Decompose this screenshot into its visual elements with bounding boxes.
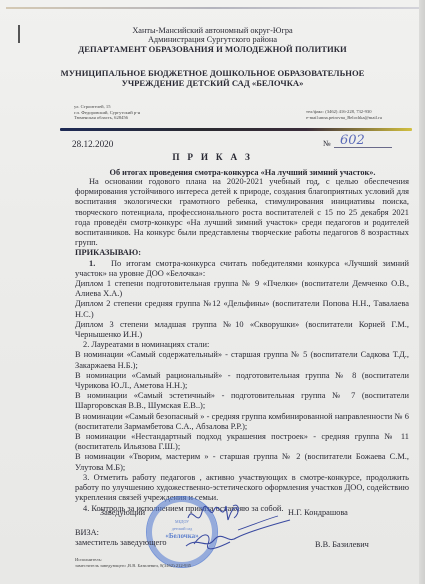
document-type-title: П Р И К А З (0, 152, 425, 162)
nomination-item: В номинации «Нестандартный подход украше… (75, 432, 409, 452)
order-item-2: 2. Лауреатами в номинациях стали: (75, 340, 409, 350)
nomination-item: В номинации «Самый содержательный» - ста… (75, 350, 409, 370)
scanned-document-page: Ханты-Мансийский автономный округ-Югра А… (0, 0, 425, 584)
contact-email: e-mail:anna.petrovna_Belochka@mail.ru (306, 115, 382, 121)
executor-info: заместитель заведующего ,В.В. Базилевич,… (75, 563, 191, 569)
visa-label: ВИЗА: (75, 528, 99, 537)
order-word: ПРИКАЗЫВАЮ: (75, 248, 409, 258)
document-body: На основании годового плана на 2020-2021… (75, 177, 409, 514)
document-date: 28.12.2020 (72, 139, 113, 149)
nomination-item: В номинации «Самый безопасный » - средня… (75, 412, 409, 432)
document-number-handwritten: 602 (334, 134, 392, 148)
diploma-item: Диплом 2 степени средняя группа №12 «Дел… (75, 299, 409, 319)
nomination-item: В номинации «Самый рациональный» - подго… (75, 371, 409, 391)
nomination-item: В номинации «Творим, мастерим » - старша… (75, 452, 409, 472)
letterhead-divider (60, 128, 412, 131)
document-subject: Об итогах проведения смотра-конкурса «На… (60, 168, 425, 177)
header-department: ДЕПАРТАМЕНТ ОБРАЗОВАНИЯ И МОЛОДЕЖНОЙ ПОЛ… (0, 45, 425, 54)
scan-edge-line (6, 7, 419, 9)
head-role: Заведующий (100, 508, 145, 517)
document-number-label: № (323, 139, 331, 148)
contact-block: тел/факс: (3462) 416-228, 732-930 e-mail… (306, 109, 382, 120)
intro-paragraph: На основании годового плана на 2020-2021… (75, 177, 409, 248)
nomination-item: В номинации «Самый эстетичный» - подгото… (75, 391, 409, 411)
handwritten-signatures (178, 500, 298, 560)
order-item-3: 3. Отметить работу педагогов , активно у… (75, 473, 409, 504)
contact-phone: тел/факс: (3462) 416-228, 732-930 (306, 109, 382, 115)
org-name-line2: УЧРЕЖДЕНИЕ ДЕТСКИЙ САД «БЕЛОЧКА» (0, 79, 425, 88)
deputy-role: заместитель заведующего (75, 538, 167, 547)
executor-block: Исполнитель: заместитель заведующего ,В.… (75, 557, 191, 568)
head-name: Н.Г. Кондрашова (288, 508, 348, 517)
org-name-line1: МУНИЦИПАЛЬНОЕ БЮДЖЕТНОЕ ДОШКОЛЬНОЕ ОБРАЗ… (0, 69, 425, 78)
order-item-1: 1.По итогам смотра-конкурса считать побе… (75, 259, 409, 279)
address-line: Тюменская область, 628456 (74, 115, 140, 121)
diploma-item: Диплом 3 степени младшая группа №10 «Скв… (75, 320, 409, 340)
address-block: ул. Строителей, 15 г.п. Федоровский, Сур… (74, 104, 140, 121)
item-number: 1. (89, 259, 111, 269)
deputy-name: В.В. Базилевич (315, 540, 369, 549)
diploma-item: Диплом 1 степени подготовительная группа… (75, 279, 409, 299)
item-text: По итогам смотра-конкурса считать победи… (75, 259, 409, 278)
